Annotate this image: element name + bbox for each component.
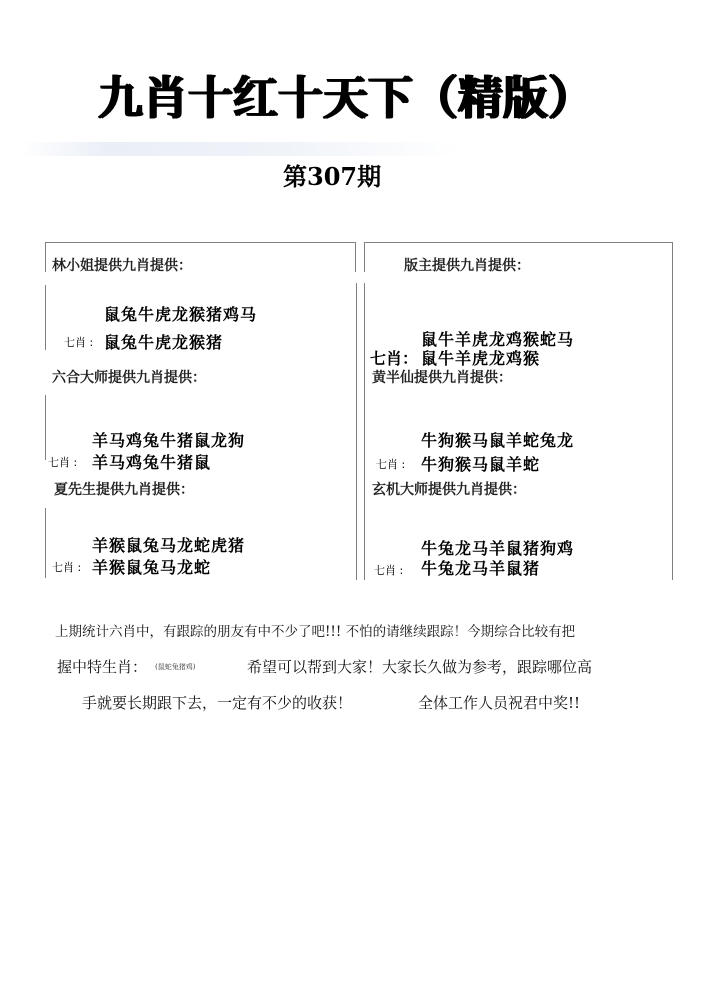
provider-label: 玄机大师提供九肖提供： — [372, 479, 526, 499]
title-smear — [20, 142, 460, 156]
right-frame-right — [672, 242, 673, 580]
seven-label: 七肖 : — [374, 562, 403, 578]
right-frame-top — [364, 242, 672, 243]
nine-zodiac: 羊马鸡兔牛猪鼠龙狗 — [92, 428, 245, 451]
left-frame-outer — [45, 285, 46, 350]
issue-number: 第307期 — [283, 157, 381, 192]
nine-zodiac: 牛狗猴马鼠羊蛇兔龙 — [421, 428, 574, 451]
seven-zodiac: 鼠牛羊虎龙鸡猴 — [421, 346, 540, 369]
nine-zodiac: 羊猴鼠兔马龙蛇虎猪 — [92, 533, 245, 556]
left-frame-inner — [355, 242, 356, 272]
seven-zodiac: 羊猴鼠兔马龙蛇 — [92, 555, 211, 578]
left-frame-top — [45, 242, 355, 243]
provider-label: 六合大师提供九肖提供： — [52, 367, 206, 387]
note-line-3b: 全体工作人员祝君中奖!! — [418, 692, 580, 713]
seven-label: 七肖： — [370, 346, 418, 369]
note-line-2a: 握中特生肖： — [57, 656, 147, 677]
provider-label: 林小姐提供九肖提供： — [52, 255, 192, 275]
provider-label: 版主提供九肖提供： — [404, 255, 530, 275]
seven-label: 七肖 : — [64, 334, 93, 350]
nine-zodiac: 鼠兔牛虎龙猴猪鸡马 — [104, 302, 257, 325]
left-frame-outer — [45, 242, 46, 272]
seven-zodiac: 羊马鸡兔牛猪鼠 — [92, 450, 211, 473]
seven-label: 七肖 : — [52, 559, 81, 575]
seven-zodiac: 牛兔龙马羊鼠猪 — [421, 556, 540, 579]
seven-label: 七肖 : — [376, 456, 405, 472]
right-frame-left — [364, 283, 365, 580]
left-frame-outer — [45, 395, 46, 460]
left-frame-outer — [45, 508, 46, 578]
seven-zodiac: 鼠兔牛虎龙猴猪 — [104, 330, 223, 353]
seven-zodiac: 牛狗猴马鼠羊蛇 — [421, 452, 540, 475]
note-line-2-small: (鼠蛇兔猪鸡) — [155, 662, 195, 672]
main-title: 九肖十红十天下（精版） — [98, 60, 593, 127]
note-line-2b: 希望可以帮到大家！大家长久做为参考，跟踪哪位高 — [247, 656, 592, 677]
provider-label: 黄半仙提供九肖提供： — [372, 367, 512, 387]
note-line-1: 上期统计六肖中，有跟踪的朋友有中不少了吧!!! 不怕的请继续跟踪！今期综合比较有… — [55, 620, 575, 640]
note-line-3a: 手就要长期跟下去，一定有不少的收获！ — [82, 692, 352, 713]
right-frame-left — [364, 242, 365, 272]
left-frame-inner — [356, 283, 357, 580]
seven-label: 七肖 : — [48, 454, 77, 470]
provider-label: 夏先生提供九肖提供： — [54, 479, 194, 499]
